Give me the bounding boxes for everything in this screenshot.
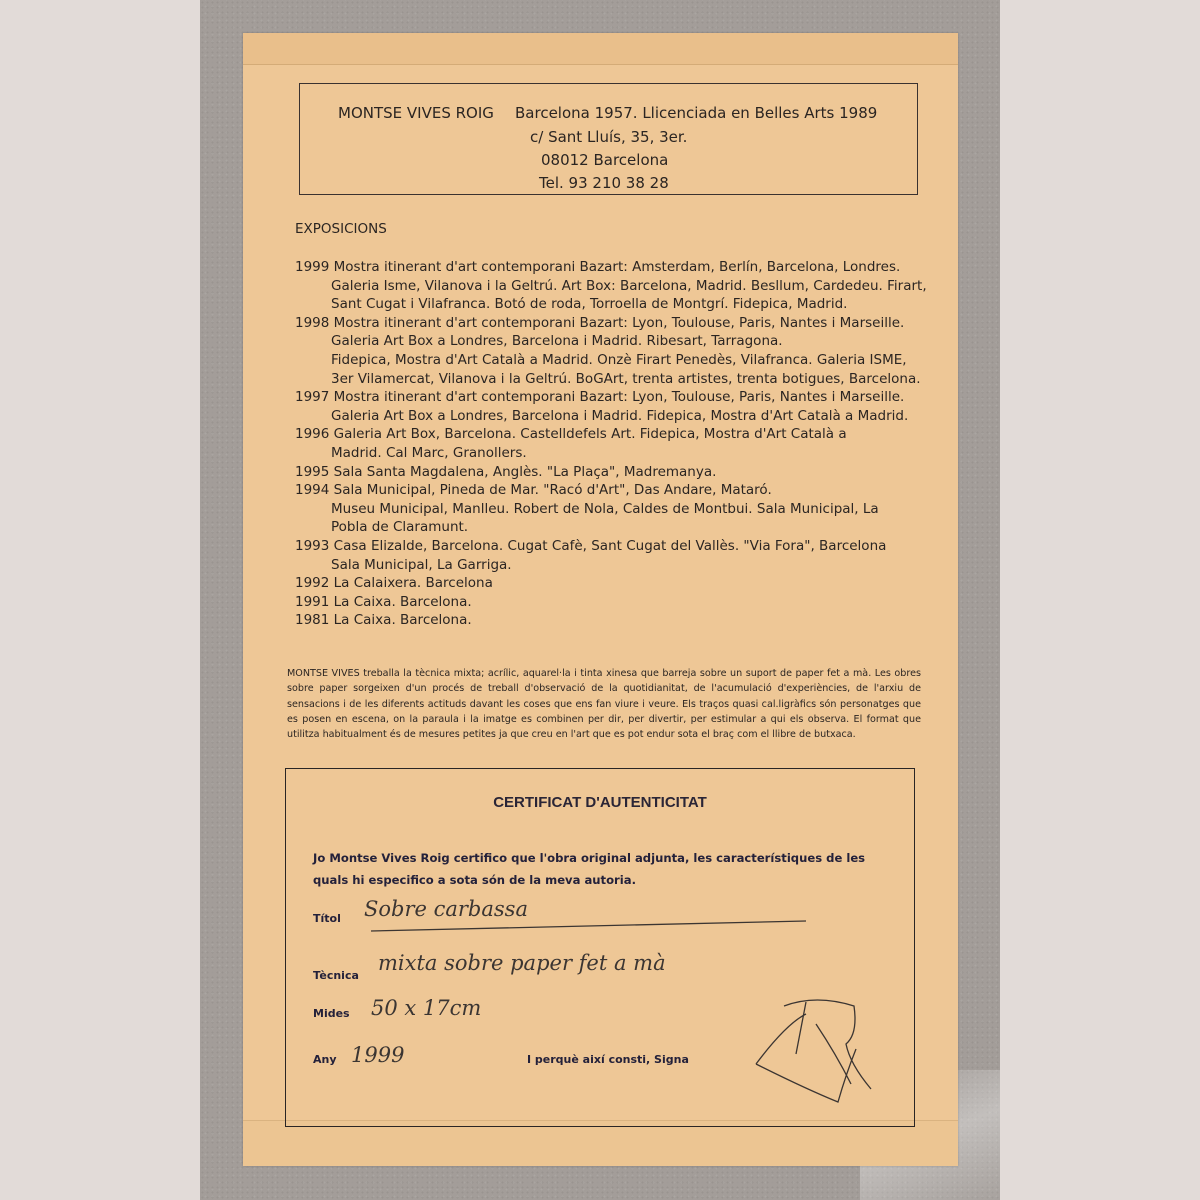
tape-strip-top <box>243 33 958 65</box>
exhibition-line: 1991 La Caixa. Barcelona. <box>295 593 935 612</box>
artist-tel: Tel. 93 210 38 28 <box>539 174 669 192</box>
exhibition-line: Galeria Art Box a Londres, Barcelona i M… <box>295 332 935 351</box>
exhibition-line: Galeria Art Box a Londres, Barcelona i M… <box>295 407 935 426</box>
exhibition-line: 1993 Casa Elizalde, Barcelona. Cugat Caf… <box>295 537 935 556</box>
exhibition-line: 3er Vilamercat, Vilanova i la Geltrú. Bo… <box>295 370 935 389</box>
artist-bio: Barcelona 1957. Llicenciada en Belles Ar… <box>515 104 877 122</box>
field-label-tecnica: Tècnica <box>313 969 359 982</box>
certificate-title: CERTIFICAT D'AUTENTICITAT <box>286 794 914 811</box>
exhibition-line: Galeria Isme, Vilanova i la Geltrú. Art … <box>295 277 935 296</box>
artist-header-box: MONTSE VIVES ROIG Barcelona 1957. Llicen… <box>299 83 918 195</box>
exhibition-line: 1999 Mostra itinerant d'art contemporani… <box>295 258 935 277</box>
exhibition-line: Sant Cugat i Vilafranca. Botó de roda, T… <box>295 295 935 314</box>
field-value-tecnica: mixta sobre paper fet a mà <box>378 951 666 975</box>
field-label-mides: Mides <box>313 1007 350 1020</box>
field-label-titol: Títol <box>313 912 341 925</box>
signature-prompt: I perquè així consti, Signa <box>527 1053 689 1066</box>
exhibition-line: 1998 Mostra itinerant d'art contemporani… <box>295 314 935 333</box>
label-paper: MONTSE VIVES ROIG Barcelona 1957. Llicen… <box>243 33 958 1166</box>
exhibition-line: 1992 La Calaixera. Barcelona <box>295 574 935 593</box>
certificate-statement: Jo Montse Vives Roig certifico que l'obr… <box>313 847 893 891</box>
certificate-box: CERTIFICAT D'AUTENTICITAT Jo Montse Vive… <box>285 768 915 1127</box>
exhibition-line: 1981 La Caixa. Barcelona. <box>295 611 935 630</box>
exhibition-line: Madrid. Cal Marc, Granollers. <box>295 444 935 463</box>
artist-zip-city: 08012 Barcelona <box>541 151 668 169</box>
exhibition-line: 1996 Galeria Art Box, Barcelona. Castell… <box>295 425 935 444</box>
exhibition-line: Fidepica, Mostra d'Art Català a Madrid. … <box>295 351 935 370</box>
artist-name: MONTSE VIVES ROIG <box>338 104 494 122</box>
artist-address: c/ Sant Lluís, 35, 3er. <box>530 128 687 146</box>
signature-mark <box>746 994 886 1104</box>
exhibitions-list: 1999 Mostra itinerant d'art contemporani… <box>295 258 935 630</box>
exhibition-line: 1997 Mostra itinerant d'art contemporani… <box>295 388 935 407</box>
artist-description: MONTSE VIVES treballa la tècnica mixta; … <box>287 666 921 742</box>
exhibition-line: 1995 Sala Santa Magdalena, Anglès. "La P… <box>295 463 935 482</box>
field-value-any: 1999 <box>351 1043 404 1067</box>
field-value-mides: 50 x 17cm <box>371 996 481 1020</box>
exhibition-line: 1994 Sala Municipal, Pineda de Mar. "Rac… <box>295 481 935 500</box>
exhibition-line: Museu Municipal, Manlleu. Robert de Nola… <box>295 500 935 519</box>
exhibition-line: Sala Municipal, La Garriga. <box>295 556 935 575</box>
exhibitions-heading: EXPOSICIONS <box>295 221 387 237</box>
exhibition-line: Pobla de Claramunt. <box>295 518 935 537</box>
title-underline-stroke <box>366 909 816 939</box>
field-label-any: Any <box>313 1053 337 1066</box>
